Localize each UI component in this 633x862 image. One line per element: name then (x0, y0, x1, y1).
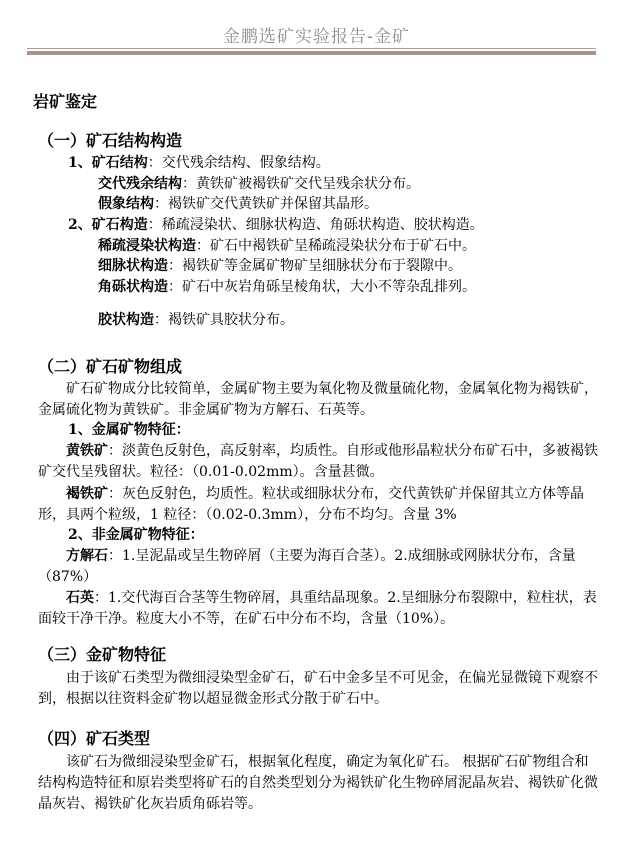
text: ：黄铁矿被褐铁矿交代呈残余状分布。 (182, 176, 420, 192)
section1-sub1: 交代残余结构：黄铁矿被褐铁矿交代呈残余状分布。 (98, 174, 420, 194)
label: 1、矿石结构 (68, 155, 148, 171)
section4-text: 该矿石为微细浸染型金矿石，根据氧化程度，确定为氧化矿石。 根据矿石矿物组合和结构… (38, 752, 598, 815)
pyrite-desc: 黄铁矿：淡黄色反射色，高反射率，均质性。自形或他形晶粒状分布矿石中，多被褐铁矿交… (38, 441, 598, 483)
section1-item1: 1、矿石结构：交代残余结构、假象结构。 (68, 153, 330, 173)
label: 角砾状构造 (98, 279, 168, 295)
section1-title: （一）矿石结构构造 (38, 128, 182, 151)
section1-sub4: 细脉状构造：褐铁矿等金属矿物矿呈细脉状分布于裂隙中。 (98, 256, 462, 276)
text: ：稀疏浸染状、细脉状构造、角砾状构造、胶状构造。 (148, 217, 484, 233)
section4-title: （四）矿石类型 (38, 726, 150, 749)
header-rule-thin (27, 48, 596, 49)
label: 假象结构 (98, 196, 154, 212)
label: 交代残余结构 (98, 176, 182, 192)
section1-sub2: 假象结构：褐铁矿交代黄铁矿并保留其晶形。 (98, 194, 378, 214)
text: ：褐铁矿交代黄铁矿并保留其晶形。 (154, 196, 378, 212)
quartz-desc: 石英：1.交代海百合茎等生物碎屑，具重结晶现象。2.呈细脉分布裂隙中，粒柱状，表… (38, 588, 598, 630)
label: 胶状构造 (98, 312, 154, 328)
section2-title: （二）矿石矿物组成 (38, 354, 182, 377)
section1-sub6: 胶状构造：褐铁矿具胶状分布。 (98, 310, 294, 330)
label: 细脉状构造 (98, 258, 168, 274)
page-heading: 岩矿鉴定 (33, 89, 97, 112)
text: ：矿石中灰岩角砾呈棱角状，大小不等杂乱排列。 (168, 279, 476, 295)
text: ：交代残余结构、假象结构。 (148, 155, 330, 171)
section1-sub5: 角砾状构造：矿石中灰岩角砾呈棱角状，大小不等杂乱排列。 (98, 277, 476, 297)
section1-item2: 2、矿石构造：稀疏浸染状、细脉状构造、角砾状构造、胶状构造。 (68, 215, 484, 235)
text: ：矿石中褐铁矿呈稀疏浸染状分布于矿石中。 (196, 238, 476, 254)
header-rule-thick (27, 51, 596, 55)
header-title: 金鹏选矿实验报告-金矿 (0, 22, 633, 47)
section2-intro: 矿石矿物成分比较简单，金属矿物主要为氧化物及微量硫化物，金属氧化物为褐铁矿，金属… (38, 379, 598, 421)
section1-sub3: 稀疏浸染状构造：矿石中褐铁矿呈稀疏浸染状分布于矿石中。 (98, 236, 476, 256)
metal-heading: 1、金属矿物特征： (68, 420, 190, 440)
label: 稀疏浸染状构造 (98, 238, 196, 254)
text: ：褐铁矿等金属矿物矿呈细脉状分布于裂隙中。 (168, 258, 462, 274)
section3-text: 由于该矿石类型为微细浸染型金矿石，矿石中金多呈不可见金，在偏光显微镜下观察不到，… (38, 668, 598, 710)
calcite-desc: 方解石：1.呈泥晶或呈生物碎屑（主要为海百合茎）。2.成细脉或网脉状分布，含量（… (38, 546, 598, 588)
limonite-desc: 褐铁矿：灰色反射色，均质性。粒状或细脉状分布，交代黄铁矿并保留其立方体等晶形，具… (38, 484, 598, 526)
section3-title: （三）金矿物特征 (38, 642, 166, 665)
label: 2、矿石构造 (68, 217, 148, 233)
text: ：褐铁矿具胶状分布。 (154, 312, 294, 328)
nonmetal-heading: 2、非金属矿物特征： (68, 525, 204, 545)
